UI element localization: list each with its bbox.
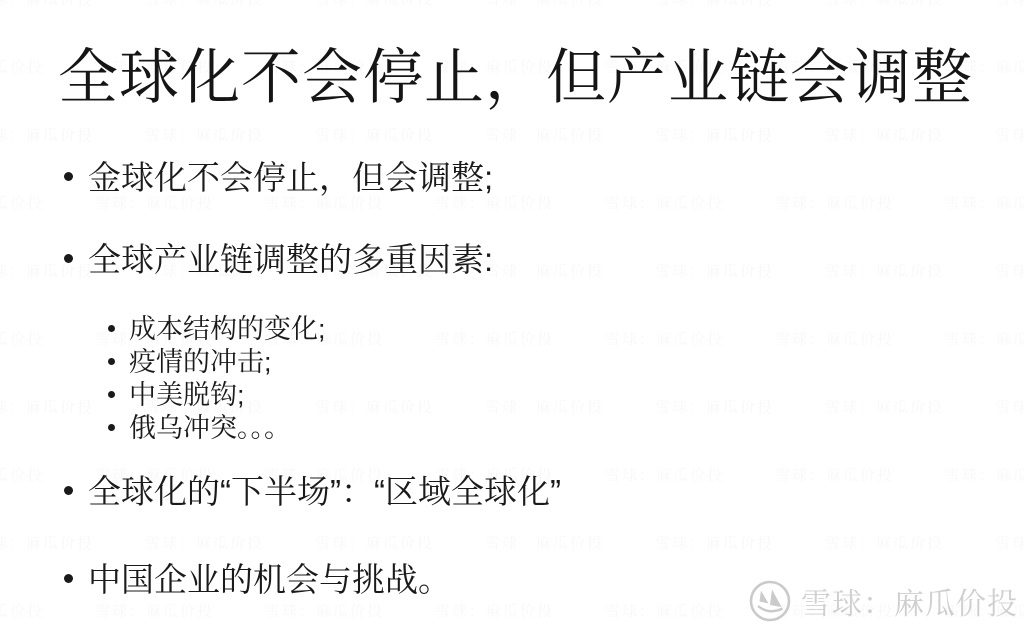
bullet-text: 中美脱钩; — [129, 379, 245, 411]
bullet-dot — [64, 486, 73, 495]
bullet-item: 金球化不会停止，但会调整; — [64, 158, 493, 198]
bullet-text: 俄乌冲突。。。 — [129, 412, 291, 444]
bullet-dot — [64, 574, 73, 583]
sub-bullet-item: 疫情的冲击; — [108, 346, 272, 378]
slide-title: 全球化不会停止，但产业链会调整 — [58, 30, 973, 116]
bullet-dot — [64, 172, 73, 181]
bullet-dot — [108, 424, 115, 431]
bullet-dot — [64, 254, 73, 263]
bullet-dot — [108, 358, 115, 365]
bullet-text: 全球产业链调整的多重因素: — [88, 240, 493, 280]
bullet-dot — [108, 325, 115, 332]
presentation-slide: 雪球：麻瓜价投 雪球：麻瓜价投 雪球：麻瓜价投 雪球：麻瓜价投 雪球：麻瓜价投 … — [0, 0, 1024, 625]
watermark-text: 雪球：麻瓜价投 — [801, 579, 1018, 623]
bullet-item: 全球产业链调整的多重因素: — [64, 240, 493, 280]
bullet-item: 全球化的“下半场”：“区域全球化” — [64, 472, 561, 512]
sub-bullet-item: 俄乌冲突。。。 — [108, 412, 291, 444]
bullet-item: 中国企业的机会与挑战。 — [64, 560, 451, 600]
sub-bullet-item: 成本结构的变化; — [108, 313, 326, 345]
bullet-text: 全球化的“下半场”：“区域全球化” — [88, 472, 561, 512]
bullet-text: 成本结构的变化; — [129, 313, 326, 345]
sub-bullet-item: 中美脱钩; — [108, 379, 245, 411]
xueqiu-watermark: 雪球：麻瓜价投 — [748, 579, 1018, 623]
xueqiu-snowball-icon — [748, 579, 792, 623]
bullet-text: 疫情的冲击; — [129, 346, 272, 378]
bullet-text: 金球化不会停止，但会调整; — [88, 158, 493, 198]
bullet-text: 中国企业的机会与挑战。 — [88, 560, 451, 600]
bullet-dot — [108, 391, 115, 398]
